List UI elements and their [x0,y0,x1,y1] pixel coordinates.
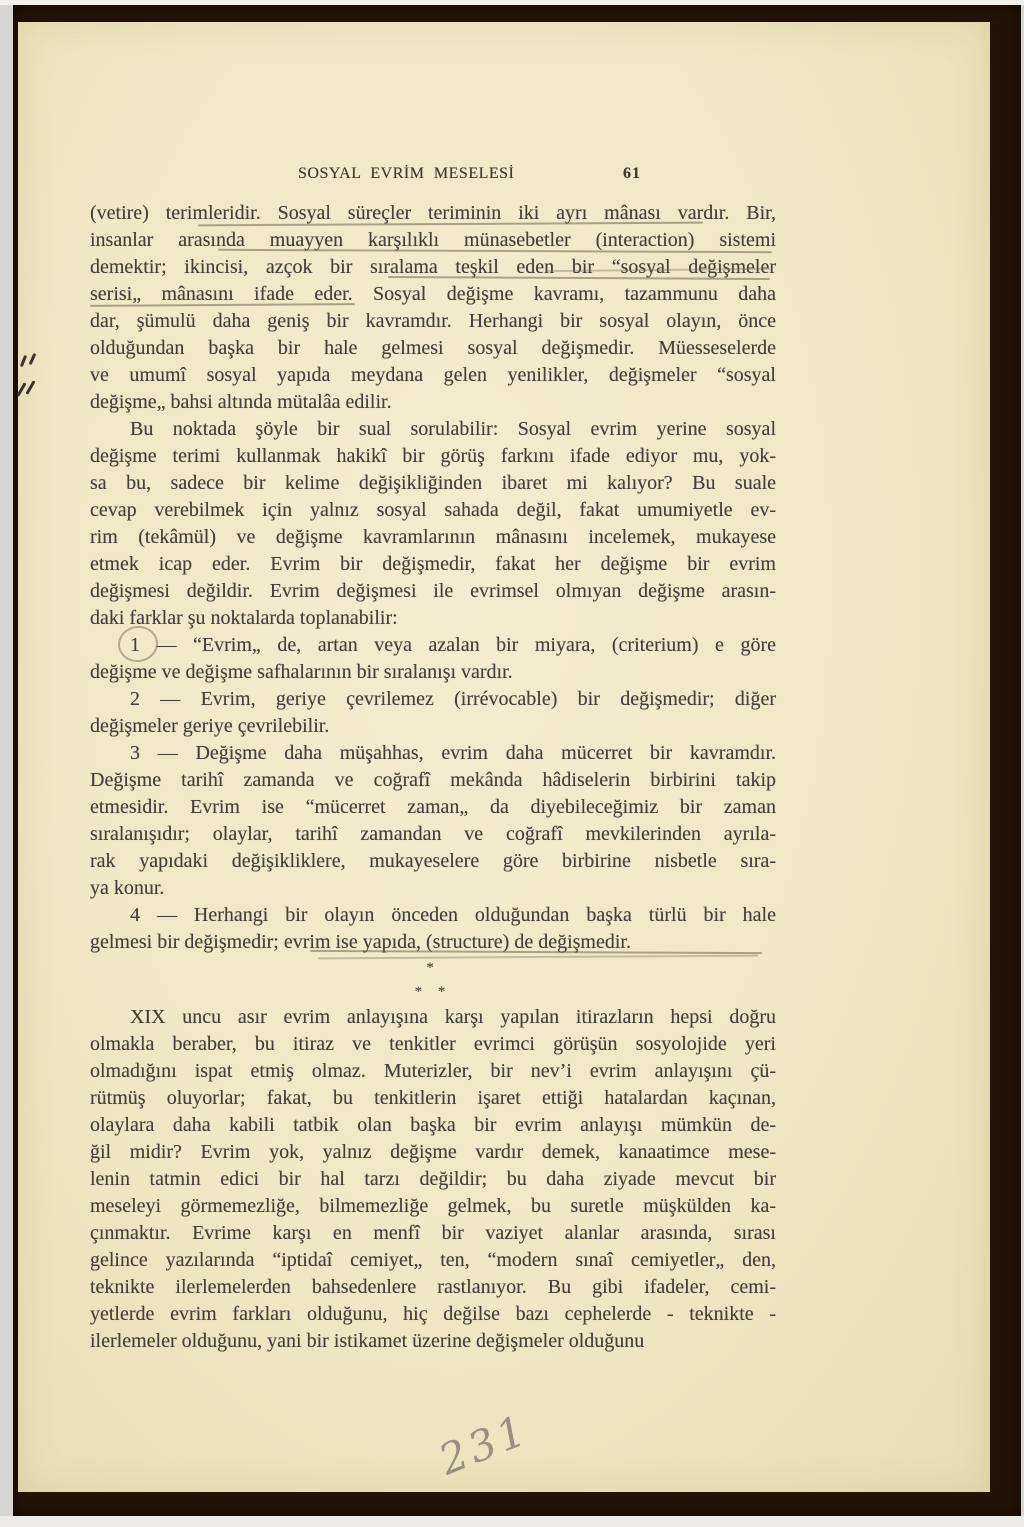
text-body: (vetire) terimleridir. Sosyal süreçler t… [90,200,776,1355]
text-line: lenin tatmin edici bir hal tarzı değildi… [90,1166,776,1193]
text-line: ve umumî sosyal yapıda meydana gelen yen… [90,362,776,389]
paragraph: XIX uncu asır evrim anlayışına karşı yap… [90,1004,776,1355]
text-line: 4 — Herhangi bir olayın önceden olduğund… [90,902,776,929]
text-line: etmek icap eder. Evrim bir değişmedir, f… [90,551,776,578]
asterism-top: * [90,956,776,980]
running-header: SOSYAL EVRİM MESELESİ 61 [90,165,776,189]
text-line: meseleyi görmemezliğe, bilmemezliğe gelm… [90,1193,776,1220]
paragraph: 2 — Evrim, geriye çevrilemez (irrévocabl… [90,686,776,740]
text-line: teknikte ilerlemelerden bahsedenlere ras… [90,1274,776,1301]
paragraph: 3 — Değişme daha müşahhas, evrim daha mü… [90,740,776,902]
text-line: daki farklar şu noktalarda toplanabilir: [90,605,776,632]
text-line: yetlerde evrim farkları olduğunu, hiç de… [90,1301,776,1328]
text-line: çınmaktır. Evrime karşı en menfî bir vaz… [90,1220,776,1247]
scanned-page: SOSYAL EVRİM MESELESİ 61 (vetire) teriml… [0,0,1024,1527]
text-line: XIX uncu asır evrim anlayışına karşı yap… [90,1004,776,1031]
page-title: SOSYAL EVRİM MESELESİ [298,165,514,183]
text-line: gelince yazılarında “iptidaî cemiyet„ te… [90,1247,776,1274]
pencil-stroke [29,353,37,365]
page-number: 61 [623,165,641,183]
text-line: sıralanışıdır; olaylar, tarihî zamandan … [90,821,776,848]
book-page: SOSYAL EVRİM MESELESİ 61 (vetire) teriml… [18,22,990,1492]
text-line: etmesidir. Evrim ise “mücerret zaman„ da… [90,794,776,821]
text-line: Bu noktada şöyle bir sual sorulabilir: S… [90,416,776,443]
pencil-stroke [20,355,27,367]
asterism-bottom: * * [90,980,776,1004]
text-line: cevap verebilmek için yalnız sosyal saha… [90,497,776,524]
text-line: olduğundan başka bir hale gelmesi sosyal… [90,335,776,362]
text-line: değişme„ bahsi altında mütalâa edilir. [90,389,776,416]
text-line: olmakla beraber, bu itiraz ve tenkitler … [90,1031,776,1058]
text-line: Değişme tarihî zamanda ve coğrafî mekând… [90,767,776,794]
text-line: olaylara daha kabili tatbik olan başka b… [90,1112,776,1139]
text-line: değişmeler geriye çevrilebilir. [90,713,776,740]
text-line: dar, şümulü daha geniş bir kavramdır. He… [90,308,776,335]
text-line: değişme ve değişme safhalarının bir sıra… [90,659,776,686]
text-line: 3 — Değişme daha müşahhas, evrim daha mü… [90,740,776,767]
text-line: sa bu, sadece bir kelime değişikliğinden… [90,470,776,497]
text-line: 1 — “Evrim„ de, artan veya azalan bir mi… [90,632,776,659]
paragraph: Bu noktada şöyle bir sual sorulabilir: S… [90,416,776,632]
paragraph: 4 — Herhangi bir olayın önceden olduğund… [90,902,776,956]
text-line: değişmesi değildir. Evrim değişmesi ile … [90,578,776,605]
asterism-divider: ** * [90,956,776,1004]
text-line: rim (tekâmül) ve değişme kavramlarının m… [90,524,776,551]
text-line: ya konur. [90,875,776,902]
text-line: olmadığını ispat etmiş olmaz. Muterizler… [90,1058,776,1085]
text-line: 2 — Evrim, geriye çevrilemez (irrévocabl… [90,686,776,713]
paragraph: 1 — “Evrim„ de, artan veya azalan bir mi… [90,632,776,686]
text-line: ilerlemeler olduğunu, yani bir istikamet… [90,1328,776,1355]
handwritten-page-number: 231 [432,1405,536,1485]
pencil-stroke [16,382,26,396]
paragraph: (vetire) terimleridir. Sosyal süreçler t… [90,200,776,416]
text-line: rak yapıdaki değişikliklere, mukayeseler… [90,848,776,875]
pencil-stroke [25,380,35,394]
page-content: SOSYAL EVRİM MESELESİ 61 (vetire) teriml… [90,165,776,1355]
scan-edge-bottom [0,1516,1024,1527]
text-line: rütmüş oluyorlar; fakat, bu tenkitlerin … [90,1085,776,1112]
text-line: değişme terimi kullanmak hakikî bir görü… [90,443,776,470]
text-line: ğil midir? Evrim yok, yalnız değişme var… [90,1139,776,1166]
